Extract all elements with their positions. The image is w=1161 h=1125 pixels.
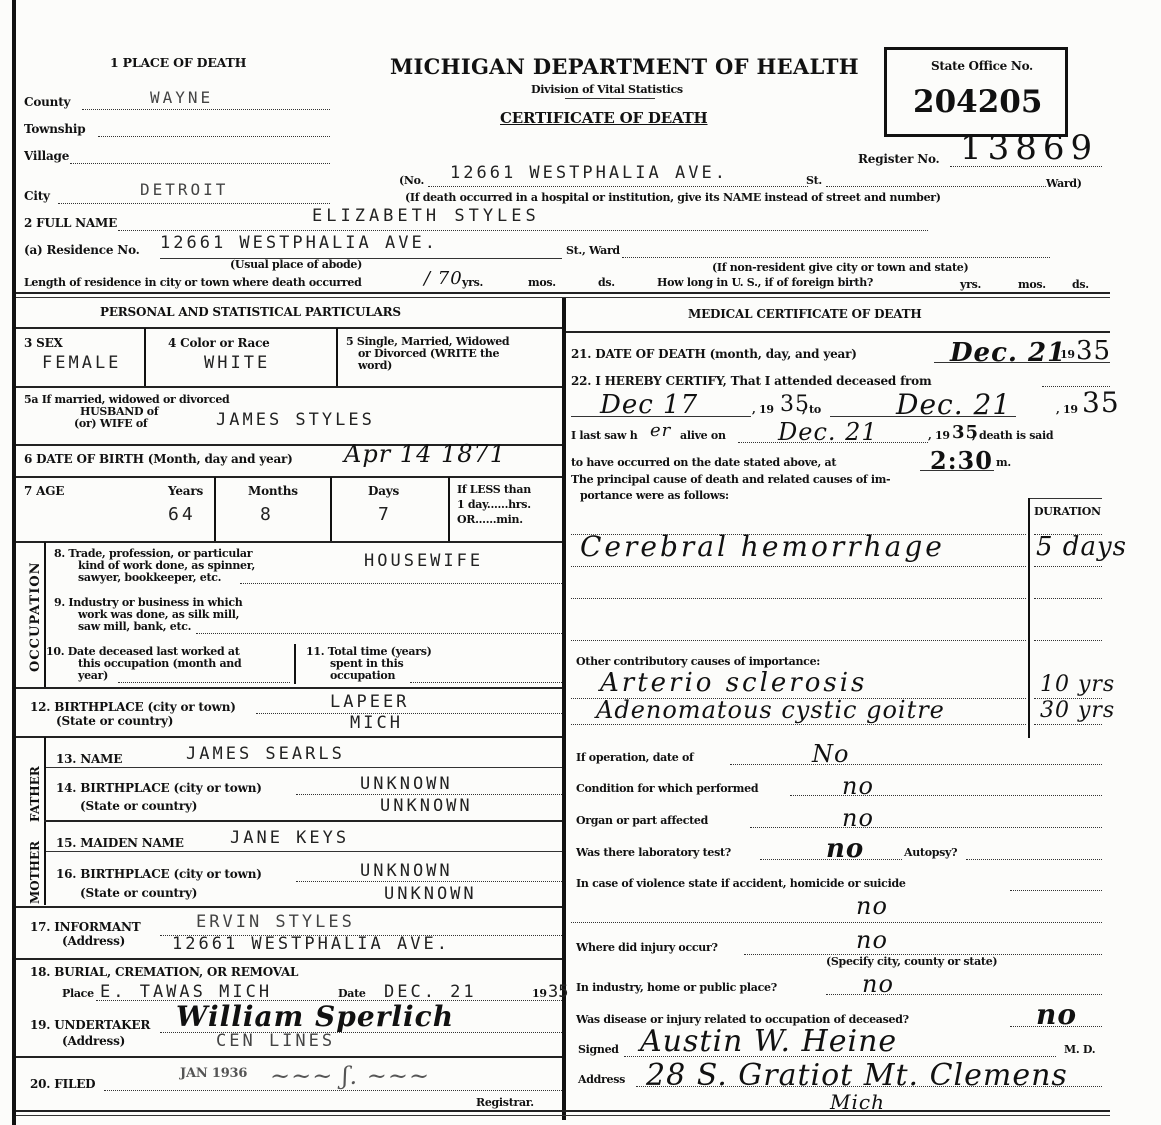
last-saw-year-prefix: , 19 xyxy=(928,430,950,442)
last-saw-label: I last saw h xyxy=(571,430,637,442)
undertaker-label: 19. UNDERTAKER xyxy=(30,1018,150,1032)
county-label: County xyxy=(24,95,70,109)
mother-name-value: JANE KEYS xyxy=(230,828,349,848)
birthplace-label-1: 12. BIRTHPLACE (city or town) xyxy=(30,700,236,714)
father-birth-city-value: UNKNOWN xyxy=(360,774,453,794)
operation-label: If operation, date of xyxy=(576,752,693,764)
lab-test-value: no xyxy=(826,834,864,864)
mother-birthplace-label-1: 16. BIRTHPLACE (city or town) xyxy=(56,867,262,881)
hospital-note: (If death occurred in a hospital or inst… xyxy=(405,192,941,204)
mos-label: mos. xyxy=(528,277,556,289)
sex-label: 3 SEX xyxy=(24,336,63,350)
last-saw-date-value: Dec. 21 xyxy=(778,418,878,446)
death-street-value: 12661 WESTPHALIA AVE. xyxy=(450,163,728,183)
length-years-value: / 70 xyxy=(424,268,463,289)
principal-cause-label-1: The principal cause of death and related… xyxy=(571,474,890,486)
burial-place-label: Place xyxy=(62,988,94,1000)
informant-name-value: ERVIN STYLES xyxy=(196,912,355,932)
violence-label: In case of violence state if accident, h… xyxy=(576,878,906,890)
date-of-death-label: 21. DATE OF DEATH (month, day, and year) xyxy=(571,347,857,361)
nonresident-note: (If non-resident give city or town and s… xyxy=(712,262,968,274)
ds-label: ds. xyxy=(598,277,615,289)
father-birth-state-value: UNKNOWN xyxy=(380,796,473,816)
industry-label-3: saw mill, bank, etc. xyxy=(78,621,191,633)
ward-label: Ward) xyxy=(1046,178,1082,190)
attended-to-value: Dec. 21 xyxy=(896,388,1011,421)
mos2-label: mos. xyxy=(1018,279,1046,291)
registrar-signature: ~~~ ʃ. ~~~ xyxy=(270,1062,430,1090)
last-worked-label-3: year) xyxy=(78,670,108,682)
injury-where-value: no xyxy=(856,926,888,954)
violence-value: no xyxy=(856,892,888,920)
age-days-value: 7 xyxy=(378,504,392,525)
physician-address-line2: Mich xyxy=(830,1090,885,1114)
death-certificate: 1 PLACE OF DEATH MICHIGAN DEPARTMENT OF … xyxy=(0,0,1161,1125)
physician-address-value: 28 S. Gratiot Mt. Clemens xyxy=(646,1058,1068,1093)
dod-year-prefix: 19 xyxy=(1060,349,1075,361)
burial-year-prefix: 19 xyxy=(532,988,547,1000)
full-name-value: ELIZABETH STYLES xyxy=(312,206,540,226)
to-label: , to xyxy=(802,404,821,416)
yrs2-label: yrs. xyxy=(960,279,981,291)
time-of-death-value: 2:30 xyxy=(930,446,993,475)
mother-birth-city-value: UNKNOWN xyxy=(360,861,453,881)
to-year-value: 35 xyxy=(1082,386,1120,419)
occupation-related-value: no xyxy=(1036,998,1077,1031)
autopsy-label: Autopsy? xyxy=(904,847,957,859)
father-birthplace-label-1: 14. BIRTHPLACE (city or town) xyxy=(56,781,262,795)
physician-signature: Austin W. Heine xyxy=(640,1024,897,1059)
st-ward-label: St., Ward xyxy=(566,245,620,257)
yrs-label: yrs. xyxy=(462,277,483,289)
contributory-cause-1-value: Arterio sclerosis xyxy=(600,668,867,698)
city-value: DETROIT xyxy=(140,180,228,199)
race-label: 4 Color or Race xyxy=(168,336,270,350)
contributory-label: Other contributory causes of importance: xyxy=(576,656,820,668)
age-months-value: 8 xyxy=(260,504,274,525)
undertaker-address-label: (Address) xyxy=(62,1034,125,1048)
abode-note: (Usual place of abode) xyxy=(230,259,362,271)
dod-year-value: 35 xyxy=(1076,336,1111,366)
spouse-value: JAMES STYLES xyxy=(216,410,375,430)
occupation-side-label: OCCUPATION xyxy=(28,561,43,672)
township-label: Township xyxy=(24,122,85,136)
specify-note: (Specify city, county or state) xyxy=(826,956,997,968)
state-office-box: State Office No. 204205 xyxy=(884,47,1068,137)
signed-label: Signed xyxy=(578,1044,619,1056)
undertaker-address-value: CEN LINES xyxy=(216,1031,335,1051)
mother-name-label: 15. MAIDEN NAME xyxy=(56,836,184,850)
dob-label: 6 DATE OF BIRTH (Month, day and year) xyxy=(24,452,293,466)
last-saw-pronoun: er xyxy=(650,420,671,441)
medical-heading: MEDICAL CERTIFICATE OF DEATH xyxy=(688,307,922,321)
mother-birthplace-label-2: (State or country) xyxy=(80,886,197,900)
spouse-label-3: (or) WIFE of xyxy=(74,418,147,430)
burial-place-value: E. TAWAS MICH xyxy=(100,982,272,1002)
filed-label: 20. FILED xyxy=(30,1077,95,1091)
condition-label: Condition for which performed xyxy=(576,783,758,795)
burial-date-label: Date xyxy=(338,988,366,1000)
certify-label: 22. I HEREBY CERTIFY, That I attended de… xyxy=(571,374,931,388)
months-label: Months xyxy=(248,484,298,498)
birthplace-city-value: LAPEER xyxy=(330,692,409,712)
burial-year-value: 35 xyxy=(548,982,568,1002)
occupation-trade-value: HOUSEWIFE xyxy=(364,551,483,571)
death-said-label: , death is said xyxy=(972,430,1053,442)
filed-date-value: JAN 1936 xyxy=(180,1066,247,1081)
state-office-label: State Office No. xyxy=(931,60,1033,72)
undertaker-signature: William Sperlich xyxy=(176,1000,454,1033)
industry-place-label: In industry, home or public place? xyxy=(576,982,777,994)
register-number: 13869 xyxy=(960,128,1098,168)
burial-date-value: DEC. 21 xyxy=(384,982,477,1002)
contributory-cause-1-duration: 10 yrs xyxy=(1040,672,1115,697)
to-year-prefix: , 19 xyxy=(1056,404,1078,416)
informant-address-label: (Address) xyxy=(62,934,125,948)
lab-test-label: Was there laboratory test? xyxy=(576,847,731,859)
full-name-label: 2 FULL NAME xyxy=(24,216,117,230)
father-name-value: JAMES SEARLS xyxy=(186,744,345,764)
years-label: Years xyxy=(168,484,203,498)
informant-label: 17. INFORMANT xyxy=(30,920,140,934)
industry-place-value: no xyxy=(862,970,894,998)
register-label: Register No. xyxy=(858,152,940,166)
burial-label: 18. BURIAL, CREMATION, OR REMOVAL xyxy=(30,965,298,979)
attended-from-value: Dec 17 xyxy=(600,390,698,420)
time-suffix: m. xyxy=(996,457,1011,469)
contributory-cause-2-duration: 30 yrs xyxy=(1040,698,1115,723)
trade-label-3: sawyer, bookkeeper, etc. xyxy=(78,572,221,584)
place-of-death-heading: 1 PLACE OF DEATH xyxy=(110,55,246,70)
department-title: MICHIGAN DEPARTMENT OF HEALTH xyxy=(390,54,859,79)
md-label: M. D. xyxy=(1064,1044,1095,1056)
alive-on-label: alive on xyxy=(680,430,726,442)
left-border xyxy=(12,0,16,1125)
contributory-cause-2-value: Adenomatous cystic goitre xyxy=(596,696,945,724)
less-than-label-2: 1 day......hrs. xyxy=(457,499,531,511)
race-value: WHITE xyxy=(204,353,270,373)
primary-cause-duration: 5 days xyxy=(1036,532,1127,562)
organ-value: no xyxy=(842,804,874,832)
mother-side-label: MOTHER xyxy=(28,841,42,904)
condition-value: no xyxy=(842,772,874,800)
county-value: WAYNE xyxy=(150,88,213,107)
registrar-label: Registrar. xyxy=(476,1097,534,1109)
less-than-label-1: If LESS than xyxy=(457,484,531,496)
dob-value: Apr 14 1871 xyxy=(344,440,506,468)
principal-cause-label-2: portance were as follows: xyxy=(580,490,729,502)
father-side-label: FATHER xyxy=(28,766,42,822)
age-label: 7 AGE xyxy=(24,484,64,498)
total-time-label-3: occupation xyxy=(330,670,395,682)
state-office-number: 204205 xyxy=(913,84,1042,120)
injury-where-label: Where did injury occur? xyxy=(576,942,718,954)
birthplace-label-2: (State or country) xyxy=(56,714,173,728)
length-residence-label: Length of residence in city or town wher… xyxy=(24,277,362,289)
days-label: Days xyxy=(368,484,399,498)
sex-value: FEMALE xyxy=(42,353,121,373)
birthplace-state-value: MICH xyxy=(350,713,403,733)
from-year-prefix: , 19 xyxy=(752,404,774,416)
primary-cause-value: Cerebral hemorrhage xyxy=(580,530,945,563)
father-name-label: 13. NAME xyxy=(56,752,122,766)
foreign-birth-label: How long in U. S., if of foreign birth? xyxy=(657,277,873,289)
physician-address-label: Address xyxy=(578,1074,625,1086)
marital-label-3: word) xyxy=(358,360,392,372)
residence-value: 12661 WESTPHALIA AVE. xyxy=(160,233,438,253)
operation-value: No xyxy=(812,740,849,768)
occurred-at-label: to have occurred on the date stated abov… xyxy=(571,457,836,469)
less-than-label-3: OR......min. xyxy=(457,514,523,526)
city-label: City xyxy=(24,189,50,203)
organ-label: Organ or part affected xyxy=(576,815,708,827)
date-of-death-value: Dec. 21 xyxy=(950,338,1066,368)
residence-label: (a) Residence No. xyxy=(24,243,140,257)
father-birthplace-label-2: (State or country) xyxy=(80,799,197,813)
ds2-label: ds. xyxy=(1072,279,1089,291)
village-label: Village xyxy=(24,149,69,163)
informant-address-value: 12661 WESTPHALIA AVE. xyxy=(172,934,450,954)
certificate-title: CERTIFICATE OF DEATH xyxy=(500,109,708,127)
street-no-label: (No. xyxy=(399,175,424,187)
duration-heading: DURATION xyxy=(1034,506,1101,518)
personal-heading: PERSONAL AND STATISTICAL PARTICULARS xyxy=(100,305,401,319)
mother-birth-state-value: UNKNOWN xyxy=(384,884,477,904)
age-years-value: 64 xyxy=(168,504,196,525)
st-label: St. xyxy=(806,175,822,187)
division-title: Division of Vital Statistics xyxy=(531,84,683,96)
